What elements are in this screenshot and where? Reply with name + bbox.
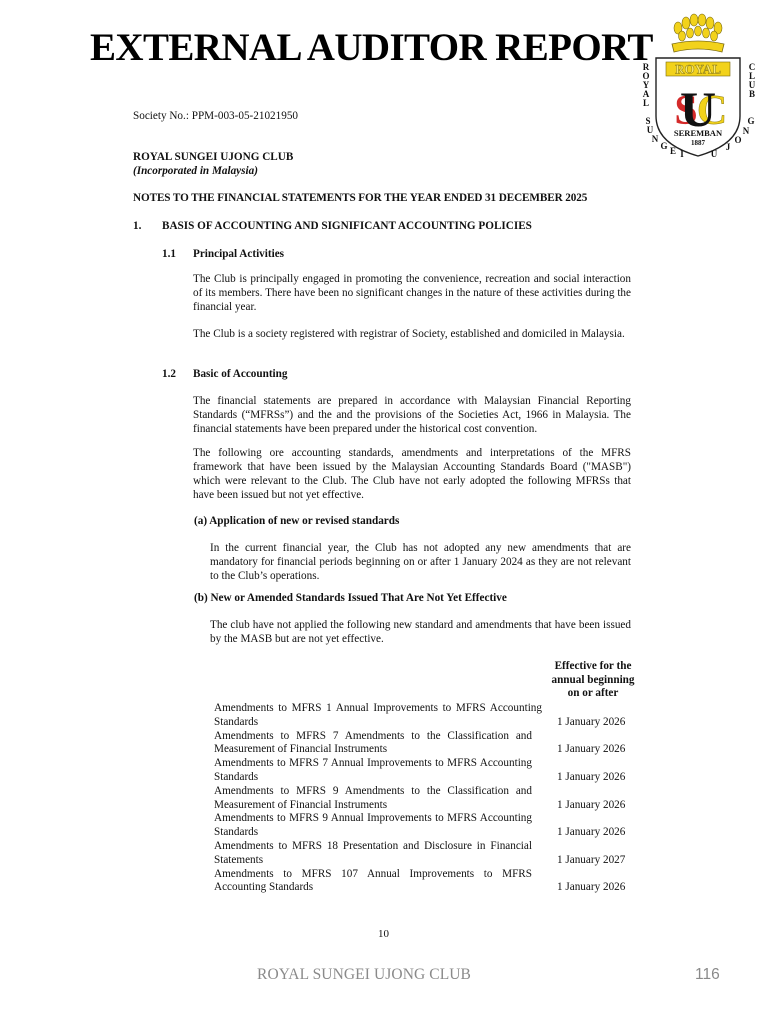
standard-description: Amendments to MFRS 18 Presentation and D… — [214, 840, 532, 868]
svg-text:E: E — [670, 146, 676, 156]
section-number: 1. — [133, 219, 141, 233]
effective-date: 1 January 2026 — [557, 881, 625, 895]
effective-date: 1 January 2026 — [557, 743, 625, 757]
paragraph: In the current financial year, the Club … — [210, 541, 631, 583]
svg-text:N: N — [743, 126, 750, 136]
standard-description: Amendments to MFRS 7 Amendments to the C… — [214, 730, 532, 758]
royal-sungei-ujong-club-crest-icon: ROYAL S C U SEREMBAN 1887 R O Y A L C L … — [636, 12, 764, 160]
table-row: Amendments to MFRS 1 Annual Improvements… — [214, 702, 644, 730]
standard-description: Amendments to MFRS 9 Annual Improvements… — [214, 812, 532, 840]
paragraph: The Club is principally engaged in promo… — [193, 272, 631, 314]
club-name: ROYAL SUNGEI UJONG CLUB — [133, 150, 293, 164]
standard-description: Amendments to MFRS 7 Annual Improvements… — [214, 757, 532, 785]
table-row: Amendments to MFRS 9 Annual Improvements… — [214, 812, 644, 840]
inner-page-number: 10 — [378, 928, 389, 940]
footer-club-name: ROYAL SUNGEI UJONG CLUB — [257, 966, 471, 984]
subsection-number: 1.1 — [162, 247, 176, 261]
society-number: Society No.: PPM-003-05-21021950 — [133, 109, 298, 123]
subsection-title: Principal Activities — [193, 247, 284, 261]
table-row: Amendments to MFRS 18 Presentation and D… — [214, 840, 644, 868]
paragraph: The financial statements are prepared in… — [193, 394, 631, 436]
effective-date: 1 January 2026 — [557, 826, 625, 840]
effective-date: 1 January 2026 — [557, 771, 625, 785]
subsection-title: Basic of Accounting — [193, 367, 287, 381]
table-row: Amendments to MFRS 9 Amendments to the C… — [214, 785, 644, 813]
table-row: Amendments to MFRS 107 Annual Improvemen… — [214, 868, 644, 896]
paragraph: The club have not applied the following … — [210, 618, 631, 646]
incorporation-note: (Incorporated in Malaysia) — [133, 164, 258, 178]
effective-date-header: Effective for the annual beginning on or… — [545, 660, 641, 701]
standard-description: Amendments to MFRS 107 Annual Improvemen… — [214, 868, 532, 896]
svg-text:G: G — [747, 116, 754, 126]
svg-text:J: J — [726, 142, 731, 152]
footer-page-number: 116 — [695, 966, 720, 984]
part-b-title: (b) New or Amended Standards Issued That… — [194, 591, 507, 605]
table-row: Amendments to MFRS 7 Annual Improvements… — [214, 757, 644, 785]
effective-date: 1 January 2027 — [557, 854, 625, 868]
standard-description: Amendments to MFRS 1 Annual Improvements… — [214, 702, 542, 730]
part-a-title: (a) Application of new or revised standa… — [194, 514, 399, 528]
paragraph: The following ore accounting standards, … — [193, 446, 631, 502]
section-title: BASIS OF ACCOUNTING AND SIGNIFICANT ACCO… — [162, 219, 532, 233]
svg-text:N: N — [652, 134, 659, 144]
svg-text:1887: 1887 — [691, 139, 706, 147]
standards-table: Amendments to MFRS 1 Annual Improvements… — [214, 702, 644, 895]
svg-text:L: L — [643, 98, 649, 108]
svg-text:O: O — [734, 135, 741, 145]
effective-date: 1 January 2026 — [557, 716, 625, 730]
paragraph: The Club is a society registered with re… — [193, 327, 631, 341]
svg-text:G: G — [660, 141, 667, 151]
svg-text:SEREMBAN: SEREMBAN — [674, 128, 723, 138]
svg-text:U: U — [711, 149, 718, 159]
subsection-number: 1.2 — [162, 367, 176, 381]
effective-date: 1 January 2026 — [557, 799, 625, 813]
report-title: EXTERNAL AUDITOR REPORT — [90, 28, 653, 67]
notes-title: NOTES TO THE FINANCIAL STATEMENTS FOR TH… — [133, 191, 587, 205]
club-logo: ROYAL S C U SEREMBAN 1887 R O Y A L C L … — [636, 12, 764, 160]
svg-text:B: B — [749, 89, 755, 99]
table-row: Amendments to MFRS 7 Amendments to the C… — [214, 730, 644, 758]
standard-description: Amendments to MFRS 9 Amendments to the C… — [214, 785, 532, 813]
svg-text:ROYAL: ROYAL — [675, 62, 721, 77]
svg-text:I: I — [680, 149, 684, 159]
